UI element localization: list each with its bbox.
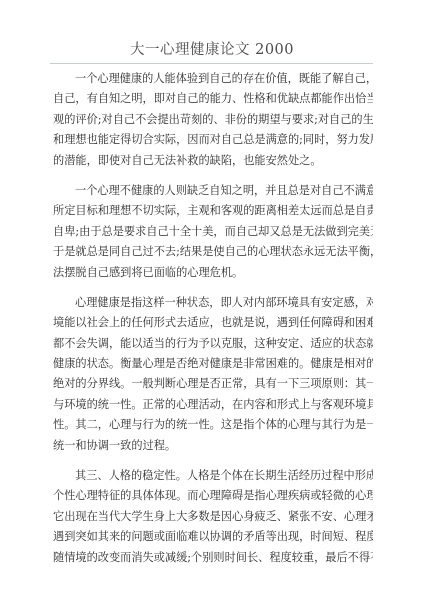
text-line: 自卑;由于总是要求自己十全十美，而自己却又总是无法做到完美无缺， bbox=[53, 222, 373, 242]
text-line: 性。其二，心理与行为的统一性。这是指个体的心理与其行为是一个完整、 bbox=[53, 415, 373, 435]
text-line: 与环境的统一性。正常的心理活动，在内容和形式上与客观环境具有一致 bbox=[53, 395, 373, 415]
text-line: 自己，有自知之明，即对自己的能力、性格和优缺点都能作出恰当的、客 bbox=[53, 89, 373, 109]
text-line: 一个心理不健康的人则缺乏自知之明，并且总是对自己不满意;由于 bbox=[53, 181, 373, 201]
text-line: 统一和协调一致的过程。 bbox=[53, 436, 373, 456]
text-line: 遇到突如其来的问题或面临难以协调的矛盾等出现，时间短、程度较轻微， bbox=[53, 527, 373, 547]
text-line: 绝对的分界线。一般判断心理是否正常，具有一下三项原则：其一，心理 bbox=[53, 374, 373, 394]
text-line: 个性心理特征的具体体现。而心理障碍是指心理疾病或轻微的心理失调。 bbox=[53, 486, 373, 506]
text-line: 它出现在当代大学生身上大多数是因心身疲乏、紧张不安、心理矛盾冲突、 bbox=[53, 507, 373, 527]
text-line: 健康的状态。衡量心理是否绝对健康是非常困难的。健康是相对的，没有 bbox=[53, 354, 373, 374]
document-title: 大一心理健康论文 2000 bbox=[0, 38, 424, 59]
text-line: 心理健康是指这样一种状态，即人对内部环境具有安定感，对外部环 bbox=[53, 293, 373, 313]
text-line: 的潜能，即使对自己无法补救的缺陷，也能安然处之。 bbox=[53, 151, 373, 171]
title-divider bbox=[50, 63, 373, 64]
document-body: 一个心理健康的人能体验到自己的存在价值，既能了解自己，又接受 自己，有自知之明，… bbox=[53, 69, 373, 578]
text-line: 都不会失调，能以适当的行为予以克服，这种安定、适应的状态就是心理 bbox=[53, 334, 373, 354]
text-line: 所定目标和理想不切实际，主观和客观的距离相差太远而总是自责、自怨、 bbox=[53, 201, 373, 221]
paragraph-2: 一个心理不健康的人则缺乏自知之明，并且总是对自己不满意;由于 所定目标和理想不切… bbox=[53, 181, 373, 283]
text-line: 和理想也能定得切合实际，因而对自己总是满意的;同时，努力发展自身 bbox=[53, 130, 373, 150]
paragraph-1: 一个心理健康的人能体验到自己的存在价值，既能了解自己，又接受 自己，有自知之明，… bbox=[53, 69, 373, 171]
text-line: 法摆脱自己感到将已面临的心理危机。 bbox=[53, 263, 373, 283]
paragraph-3: 心理健康是指这样一种状态，即人对内部环境具有安定感，对外部环 境能以社会上的任何… bbox=[53, 293, 373, 456]
text-line: 于是就总是同自己过不去;结果是使自己的心理状态永远无法平衡，也无 bbox=[53, 242, 373, 262]
text-line: 观的评价;对自己不会提出苛刻的、非份的期望与要求;对自己的生活目标 bbox=[53, 110, 373, 130]
text-line: 一个心理健康的人能体验到自己的存在价值，既能了解自己，又接受 bbox=[53, 69, 373, 89]
text-line: 其三、人格的稳定性。人格是个体在长期生活经历过程中形成的独特 bbox=[53, 466, 373, 486]
paragraph-4: 其三、人格的稳定性。人格是个体在长期生活经历过程中形成的独特 个性心理特征的具体… bbox=[53, 466, 373, 568]
text-line: 境能以社会上的任何形式去适应，也就是说，遇到任何障碍和困难，心理 bbox=[53, 313, 373, 333]
text-line: 随情境的改变而消失或减缓;个别则时间长、程度较重，最后不得不休学 bbox=[53, 548, 373, 568]
